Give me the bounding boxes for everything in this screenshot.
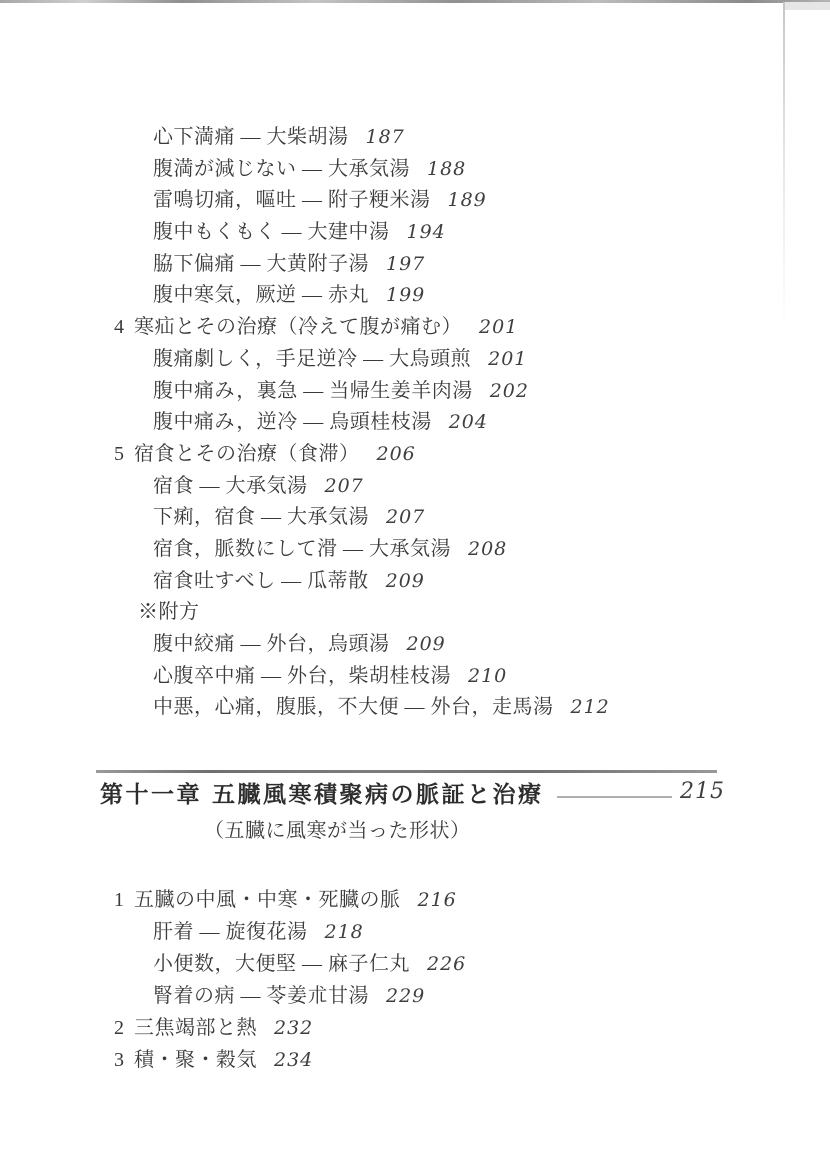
toc-list-upper: 心下満痛 ― 大柴胡湯187腹満が減じない ― 大承気湯188雷鳴切痛，嘔吐 ―…	[0, 122, 830, 724]
toc-entry-page-number: 209	[407, 633, 446, 655]
toc-entry-page-number: 199	[386, 284, 425, 306]
toc-entry-text: 宿食とその治療（食滞）	[134, 443, 360, 465]
toc-entry-page-number: 234	[274, 1049, 313, 1071]
toc-entry-page-number: 218	[325, 921, 364, 943]
toc-entry-text: 腹中痛み，裏急 ― 当帰生姜羊肉湯	[153, 380, 473, 402]
toc-entry-page-number: 216	[418, 889, 457, 911]
toc-entry: 心腹卒中痛 ― 外台，柴胡桂枝湯210	[0, 661, 830, 693]
chapter-leader-line	[557, 796, 672, 798]
toc-entry-page-number: 188	[427, 158, 466, 180]
scanned-page: 心下満痛 ― 大柴胡湯187腹満が減じない ― 大承気湯188雷鳴切痛，嘔吐 ―…	[0, 0, 830, 1174]
toc-entry-text: 腹中絞痛 ― 外台，烏頭湯	[153, 633, 390, 655]
chapter-subtitle: （五臓に風寒が当った形状）	[204, 814, 471, 843]
toc-entry-text: 心下満痛 ― 大柴胡湯	[153, 126, 349, 148]
toc-entry: 宿食吐すべし ― 瓜蒂散209	[0, 566, 830, 598]
toc-entry: ※附方	[0, 597, 830, 629]
toc-entry: 腹中絞痛 ― 外台，烏頭湯209	[0, 629, 830, 661]
toc-entry-page-number: 209	[386, 570, 425, 592]
toc-entry-text: 五臓の中風・中寒・死臓の脈	[134, 889, 401, 911]
toc-list-lower: 1五臓の中風・中寒・死臓の脈216肝着 ― 旋復花湯218小便数，大便堅 ― 麻…	[0, 884, 830, 1076]
toc-entry-number: 1	[114, 884, 134, 916]
toc-entry: 腎着の病 ― 苓姜朮甘湯229	[0, 980, 830, 1012]
toc-entry-page-number: 207	[386, 506, 425, 528]
toc-entry-text: 腹中痛み，逆冷 ― 烏頭桂枝湯	[153, 411, 432, 433]
toc-entry-page-number: 212	[571, 696, 610, 718]
toc-entry-text: 脇下偏痛 ― 大黄附子湯	[153, 253, 369, 275]
toc-entry-text: 中悪，心痛，腹脹，不大便 ― 外台，走馬湯	[153, 696, 554, 718]
toc-entry: 腹中寒気，厥逆 ― 赤丸199	[0, 280, 830, 312]
toc-entry-page-number: 210	[468, 665, 507, 687]
scan-corner-smudge	[784, 2, 830, 10]
toc-entry: 腹中もくもく ― 大建中湯194	[0, 217, 830, 249]
toc-entry-number: 3	[114, 1044, 134, 1076]
toc-entry-page-number: 201	[488, 348, 527, 370]
toc-entry-page-number: 207	[325, 475, 364, 497]
toc-entry-text: 寒疝とその治療（冷えて腹が痛む）	[134, 316, 462, 338]
toc-entry: 4寒疝とその治療（冷えて腹が痛む）201	[0, 312, 830, 344]
toc-entry: 5宿食とその治療（食滞）206	[0, 439, 830, 471]
chapter-title: 五臓風寒積聚病の脈証と治療	[212, 780, 544, 808]
toc-entry-text: ※附方	[138, 601, 200, 623]
toc-entry: 腹中痛み，裏急 ― 当帰生姜羊肉湯202	[0, 376, 830, 408]
toc-entry-number: 2	[114, 1012, 134, 1044]
toc-entry-text: 雷鳴切痛，嘔吐 ― 附子粳米湯	[153, 189, 431, 211]
chapter-page-number: 215	[680, 779, 725, 804]
toc-entry: 腹痛劇しく，手足逆冷 ― 大烏頭煎201	[0, 344, 830, 376]
toc-entry-text: 宿食吐すべし ― 瓜蒂散	[153, 570, 369, 592]
toc-entry-page-number: 202	[490, 380, 529, 402]
toc-entry-page-number: 204	[449, 411, 488, 433]
toc-entry-text: 下痢，宿食 ― 大承気湯	[153, 506, 369, 528]
toc-entry-number: 5	[114, 439, 134, 471]
toc-entry: 肝着 ― 旋復花湯218	[0, 916, 830, 948]
toc-entry-page-number: 208	[468, 538, 507, 560]
scan-edge-artifact-top	[0, 0, 830, 3]
toc-entry-page-number: 187	[366, 126, 405, 148]
toc-entry: 雷鳴切痛，嘔吐 ― 附子粳米湯189	[0, 185, 830, 217]
toc-entry: 中悪，心痛，腹脹，不大便 ― 外台，走馬湯212	[0, 692, 830, 724]
toc-entry: 1五臓の中風・中寒・死臓の脈216	[0, 884, 830, 916]
toc-entry: 下痢，宿食 ― 大承気湯207	[0, 502, 830, 534]
chapter-number-label: 第十一章	[100, 780, 202, 808]
toc-entry-text: 腎着の病 ― 苓姜朮甘湯	[153, 985, 369, 1007]
toc-entry: 2三焦竭部と熱232	[0, 1012, 830, 1044]
toc-entry: 腹満が減じない ― 大承気湯188	[0, 154, 830, 186]
toc-entry-text: 宿食 ― 大承気湯	[153, 475, 308, 497]
toc-entry-page-number: 194	[407, 221, 446, 243]
toc-entry-page-number: 201	[479, 316, 518, 338]
toc-entry: 心下満痛 ― 大柴胡湯187	[0, 122, 830, 154]
toc-entry-text: 三焦竭部と熱	[134, 1017, 257, 1039]
toc-entry: 3積・聚・穀気234	[0, 1044, 830, 1076]
toc-entry-page-number: 197	[386, 253, 425, 275]
toc-entry-page-number: 232	[274, 1017, 313, 1039]
toc-entry: 脇下偏痛 ― 大黄附子湯197	[0, 249, 830, 281]
toc-entry-text: 腹中寒気，厥逆 ― 赤丸	[153, 284, 369, 306]
toc-entry-text: 腹満が減じない ― 大承気湯	[153, 158, 410, 180]
toc-entry-page-number: 189	[448, 189, 487, 211]
toc-entry: 小便数，大便堅 ― 麻子仁丸226	[0, 948, 830, 980]
toc-entry-page-number: 226	[427, 953, 466, 975]
toc-entry-text: 心腹卒中痛 ― 外台，柴胡桂枝湯	[153, 665, 451, 687]
toc-entry-text: 腹痛劇しく，手足逆冷 ― 大烏頭煎	[153, 348, 471, 370]
toc-entry-text: 小便数，大便堅 ― 麻子仁丸	[153, 953, 410, 975]
toc-entry-page-number: 229	[386, 985, 425, 1007]
chapter-divider-rule	[96, 770, 717, 773]
toc-entry: 宿食 ― 大承気湯207	[0, 471, 830, 503]
toc-entry-page-number: 206	[377, 443, 416, 465]
toc-entry-number: 4	[114, 312, 134, 344]
toc-entry: 腹中痛み，逆冷 ― 烏頭桂枝湯204	[0, 407, 830, 439]
toc-entry-text: 腹中もくもく ― 大建中湯	[153, 221, 390, 243]
toc-entry-text: 宿食，脈数にして滑 ― 大承気湯	[153, 538, 451, 560]
toc-entry: 宿食，脈数にして滑 ― 大承気湯208	[0, 534, 830, 566]
toc-entry-text: 肝着 ― 旋復花湯	[153, 921, 308, 943]
toc-entry-text: 積・聚・穀気	[134, 1049, 257, 1071]
